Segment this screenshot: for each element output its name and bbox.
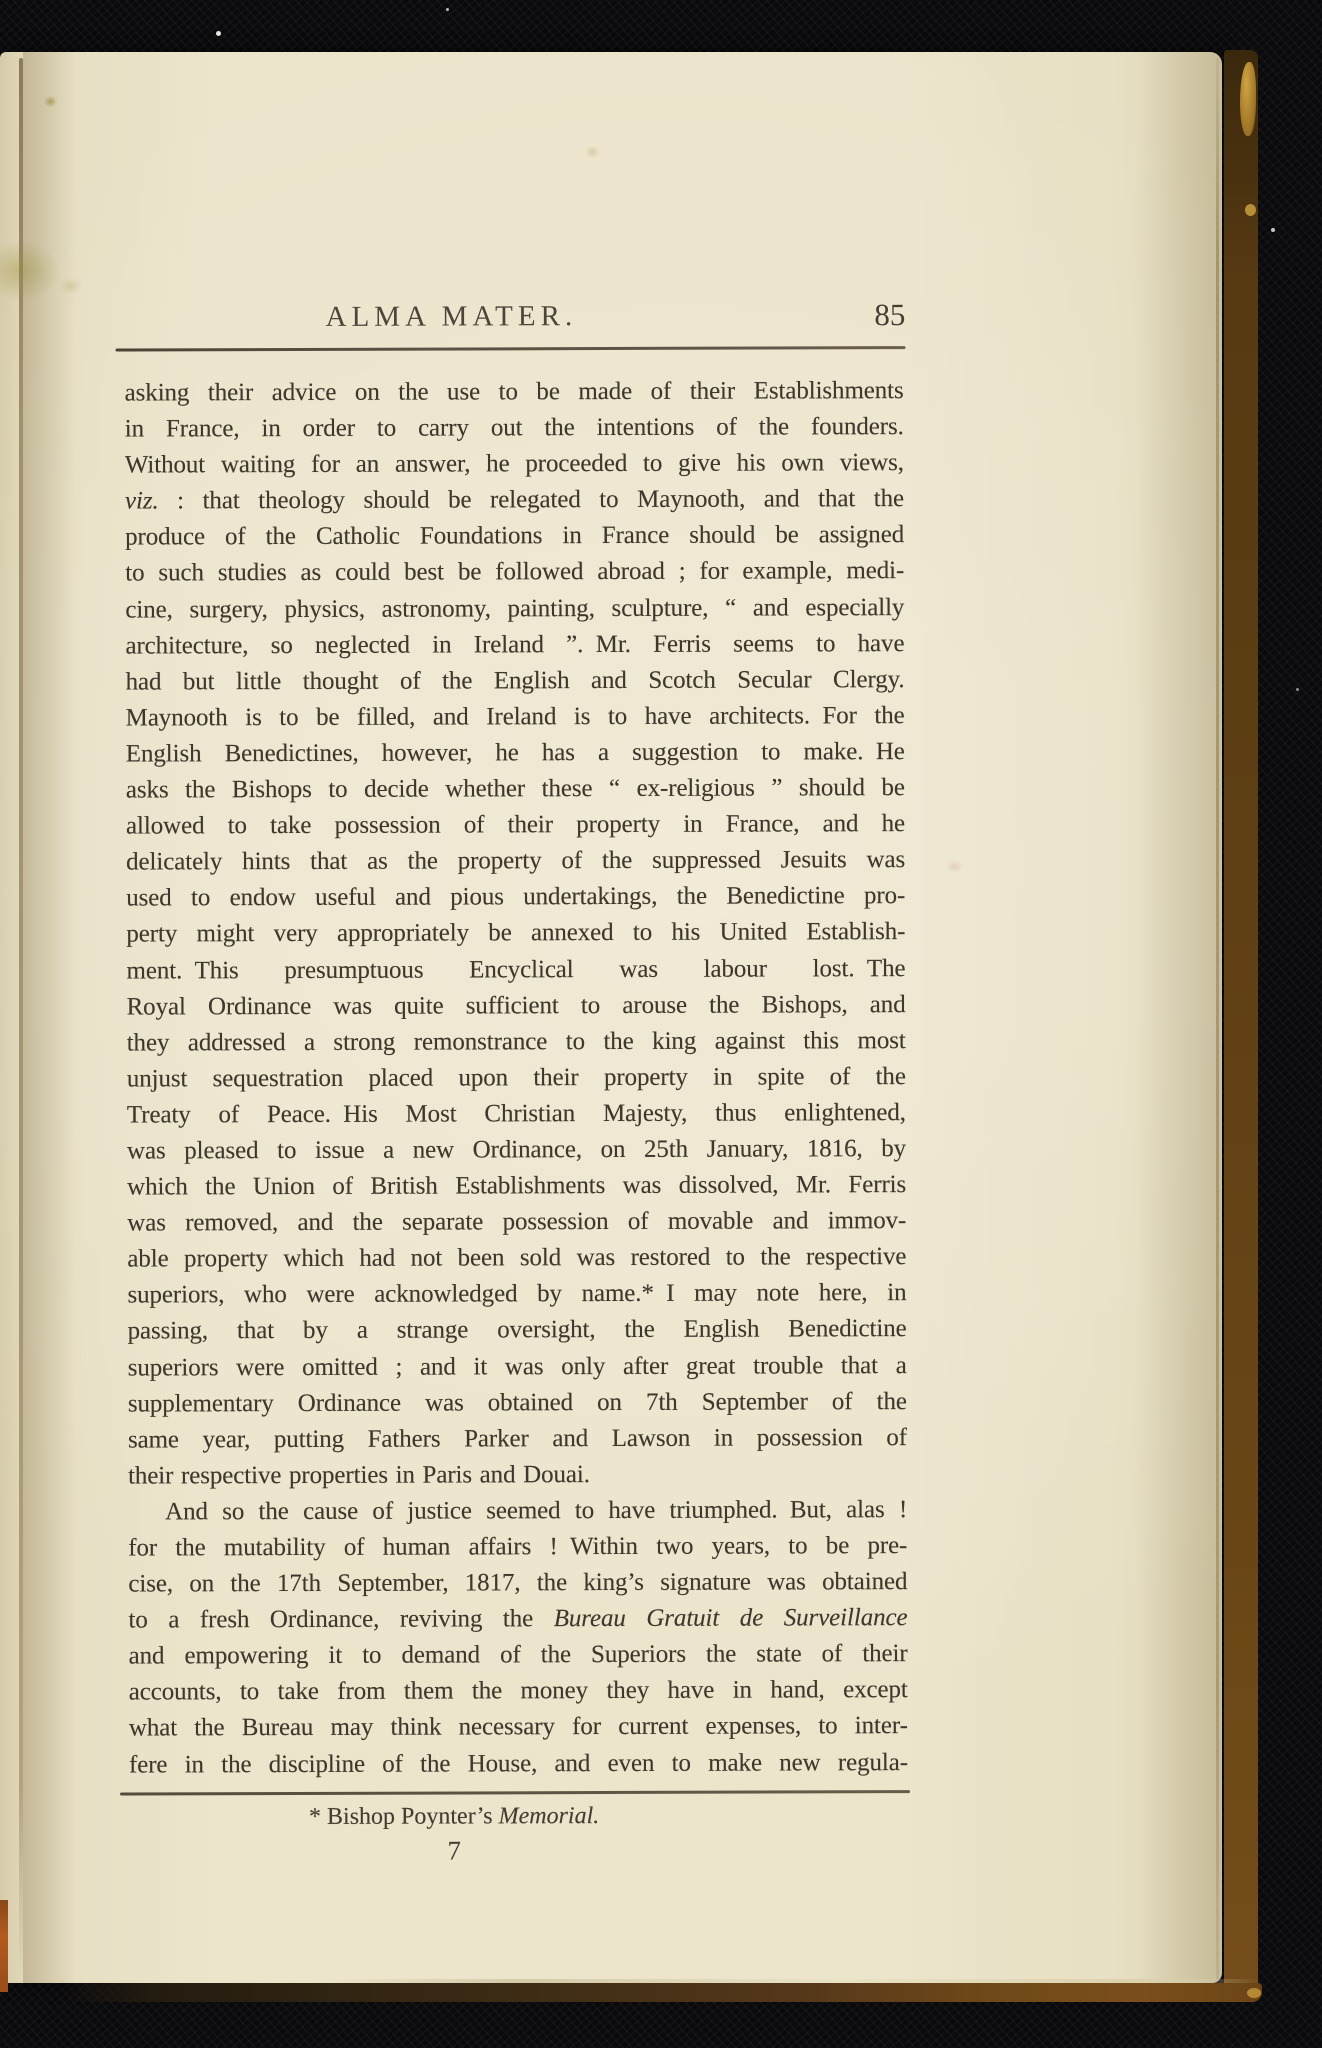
dust-speck: [1296, 688, 1299, 691]
text-line: cise, on the 17th September, 1817, the k…: [128, 1564, 907, 1603]
italic-text-segment: Memorial.: [499, 1803, 600, 1829]
text-line: and empowering it to demand of the Super…: [129, 1636, 908, 1675]
text-line: viz. : that theology should be relegated…: [125, 481, 904, 520]
text-segment: they addressed a strong remonstrance to …: [127, 1027, 906, 1056]
text-line: cine, surgery, physics, astronomy, paint…: [125, 590, 904, 629]
text-line: Royal Ordinance was quite sufficient to …: [127, 987, 906, 1026]
header-rule: [116, 346, 906, 351]
text-line: superiors, who were acknowledged by name…: [127, 1275, 906, 1314]
text-segment: ment. This presumptuous Encyclical was l…: [126, 955, 905, 984]
cover-corner-sliver: [0, 1900, 8, 1992]
printed-area: ALMA MATER. 85 asking their advice on th…: [0, 50, 1226, 1985]
text-line: to such studies as could best be followe…: [125, 554, 904, 593]
text-segment: superiors were omitted ; and it was only…: [128, 1352, 907, 1381]
text-line: was removed, and the separate possession…: [127, 1203, 906, 1242]
italic-text-segment: viz.: [125, 488, 159, 515]
text-segment: same year, putting Fathers Parker and La…: [128, 1424, 907, 1453]
text-line: to a fresh Ordinance, reviving the Burea…: [128, 1600, 907, 1639]
text-line: same year, putting Fathers Parker and La…: [128, 1420, 907, 1459]
text-line: And so the cause of justice seemed to ha…: [128, 1492, 907, 1531]
text-line: ment. This presumptuous Encyclical was l…: [126, 951, 905, 990]
text-line: which the Union of British Establishment…: [127, 1167, 906, 1206]
text-segment: architecture, so neglected in Ireland ”.…: [125, 630, 904, 659]
text-segment: in France, in order to carry out the int…: [125, 413, 904, 442]
text-segment: cise, on the 17th September, 1817, the k…: [128, 1568, 907, 1597]
text-segment: English Benedictines, however, he has a …: [126, 738, 905, 767]
text-line: unjust sequestration placed upon their p…: [127, 1059, 906, 1098]
text-segment: was pleased to issue a new Ordinance, on…: [127, 1135, 906, 1164]
text-segment: to such studies as could best be followe…: [125, 558, 904, 587]
text-line: supplementary Ordinance was obtained on …: [128, 1384, 907, 1423]
text-segment: had but little thought of the English an…: [126, 666, 905, 695]
text-line: accounts, to take from them the money th…: [129, 1672, 908, 1711]
text-segment: able property which had not been sold wa…: [127, 1243, 906, 1272]
text-segment: cine, surgery, physics, astronomy, paint…: [125, 594, 904, 623]
text-segment: supplementary Ordinance was obtained on …: [128, 1388, 907, 1417]
book-bottom-edge-leather: [58, 1983, 1262, 2002]
text-line: perty might very appropriately be annexe…: [126, 914, 905, 953]
text-line: Without waiting for an answer, he procee…: [125, 445, 904, 484]
italic-text-segment: Bureau Gratuit de Surveillance: [554, 1604, 908, 1632]
text-segment: : that theology should be relegated to M…: [159, 485, 904, 514]
text-line: used to endow useful and pious undertaki…: [126, 878, 905, 917]
dust-speck: [1271, 228, 1275, 232]
dust-speck: [446, 8, 449, 11]
footnote-rule: [120, 1790, 910, 1795]
text-line: their respective properties in Paris and…: [128, 1456, 907, 1495]
text-segment: asks the Bishops to decide whether these…: [126, 774, 905, 803]
text-segment: and empowering it to demand of the Super…: [129, 1640, 908, 1669]
text-segment: which the Union of British Establishment…: [127, 1171, 906, 1200]
text-line: was pleased to issue a new Ordinance, on…: [127, 1131, 906, 1170]
text-line: superiors were omitted ; and it was only…: [128, 1348, 907, 1387]
leather-wear-chip: [1247, 1988, 1261, 1998]
text-segment: And so the cause of justice seemed to ha…: [165, 1496, 907, 1525]
text-segment: * Bishop Poynter’s: [309, 1803, 499, 1830]
text-line: they addressed a strong remonstrance to …: [127, 1023, 906, 1062]
text-segment: produce of the Catholic Foundations in F…: [125, 521, 904, 550]
text-line: what the Bureau may think necessary for …: [129, 1709, 908, 1748]
text-segment: Maynooth is to be filled, and Ireland is…: [126, 702, 905, 731]
text-segment: used to endow useful and pious undertaki…: [126, 882, 905, 911]
signature-number: 7: [129, 1834, 779, 1867]
text-segment: passing, that by a strange oversight, th…: [128, 1316, 907, 1345]
text-line: for the mutability of human affairs ! Wi…: [128, 1528, 907, 1567]
text-line: asking their advice on the use to be mad…: [125, 373, 904, 412]
text-segment: Royal Ordinance was quite sufficient to …: [127, 991, 906, 1020]
footnote: * Bishop Poynter’s Memorial.: [129, 1802, 779, 1831]
text-line: able property which had not been sold wa…: [127, 1239, 906, 1278]
leather-wear-chip: [1245, 204, 1256, 216]
text-segment: Treaty of Peace. His Most Christian Maje…: [127, 1099, 906, 1128]
text-line: allowed to take possession of their prop…: [126, 806, 905, 845]
text-line: English Benedictines, however, he has a …: [126, 734, 905, 773]
text-segment: fere in the discipline of the House, and…: [129, 1749, 908, 1778]
photograph-background: ALMA MATER. 85 asking their advice on th…: [0, 0, 1322, 2048]
text-line: delicately hints that as the property of…: [126, 842, 905, 881]
body-text: asking their advice on the use to be mad…: [125, 373, 908, 1783]
text-line: architecture, so neglected in Ireland ”.…: [125, 626, 904, 665]
text-segment: superiors, who were acknowledged by name…: [127, 1279, 906, 1308]
underlying-page-edge: [1216, 58, 1219, 1980]
text-segment: perty might very appropriately be annexe…: [126, 918, 905, 947]
page-number: 85: [843, 297, 905, 333]
leather-wear-chip: [1240, 62, 1256, 136]
book-fore-edge-leather: [1224, 50, 1258, 2002]
text-segment: accounts, to take from them the money th…: [129, 1676, 908, 1705]
text-line: in France, in order to carry out the int…: [125, 409, 904, 448]
text-segment: what the Bureau may think necessary for …: [129, 1713, 908, 1742]
text-line: had but little thought of the English an…: [125, 662, 904, 701]
text-segment: for the mutability of human affairs ! Wi…: [128, 1532, 907, 1561]
text-segment: was removed, and the separate possession…: [127, 1207, 906, 1236]
text-segment: to a fresh Ordinance, reviving the: [128, 1605, 553, 1633]
book-page: ALMA MATER. 85 asking their advice on th…: [0, 52, 1222, 1983]
text-segment: delicately hints that as the property of…: [126, 846, 905, 875]
text-line: Treaty of Peace. His Most Christian Maje…: [127, 1095, 906, 1134]
text-segment: unjust sequestration placed upon their p…: [127, 1063, 906, 1092]
text-line: asks the Bishops to decide whether these…: [126, 770, 905, 809]
text-segment: allowed to take possession of their prop…: [126, 810, 905, 839]
text-line: Maynooth is to be filled, and Ireland is…: [126, 698, 905, 737]
text-line: fere in the discipline of the House, and…: [129, 1745, 908, 1784]
text-segment: asking their advice on the use to be mad…: [125, 377, 904, 406]
running-header: ALMA MATER.: [126, 299, 776, 334]
dust-speck: [216, 31, 221, 36]
text-line: passing, that by a strange oversight, th…: [128, 1312, 907, 1351]
text-segment: their respective properties in Paris and…: [128, 1461, 590, 1489]
text-segment: Without waiting for an answer, he procee…: [125, 449, 904, 478]
text-line: produce of the Catholic Foundations in F…: [125, 517, 904, 556]
